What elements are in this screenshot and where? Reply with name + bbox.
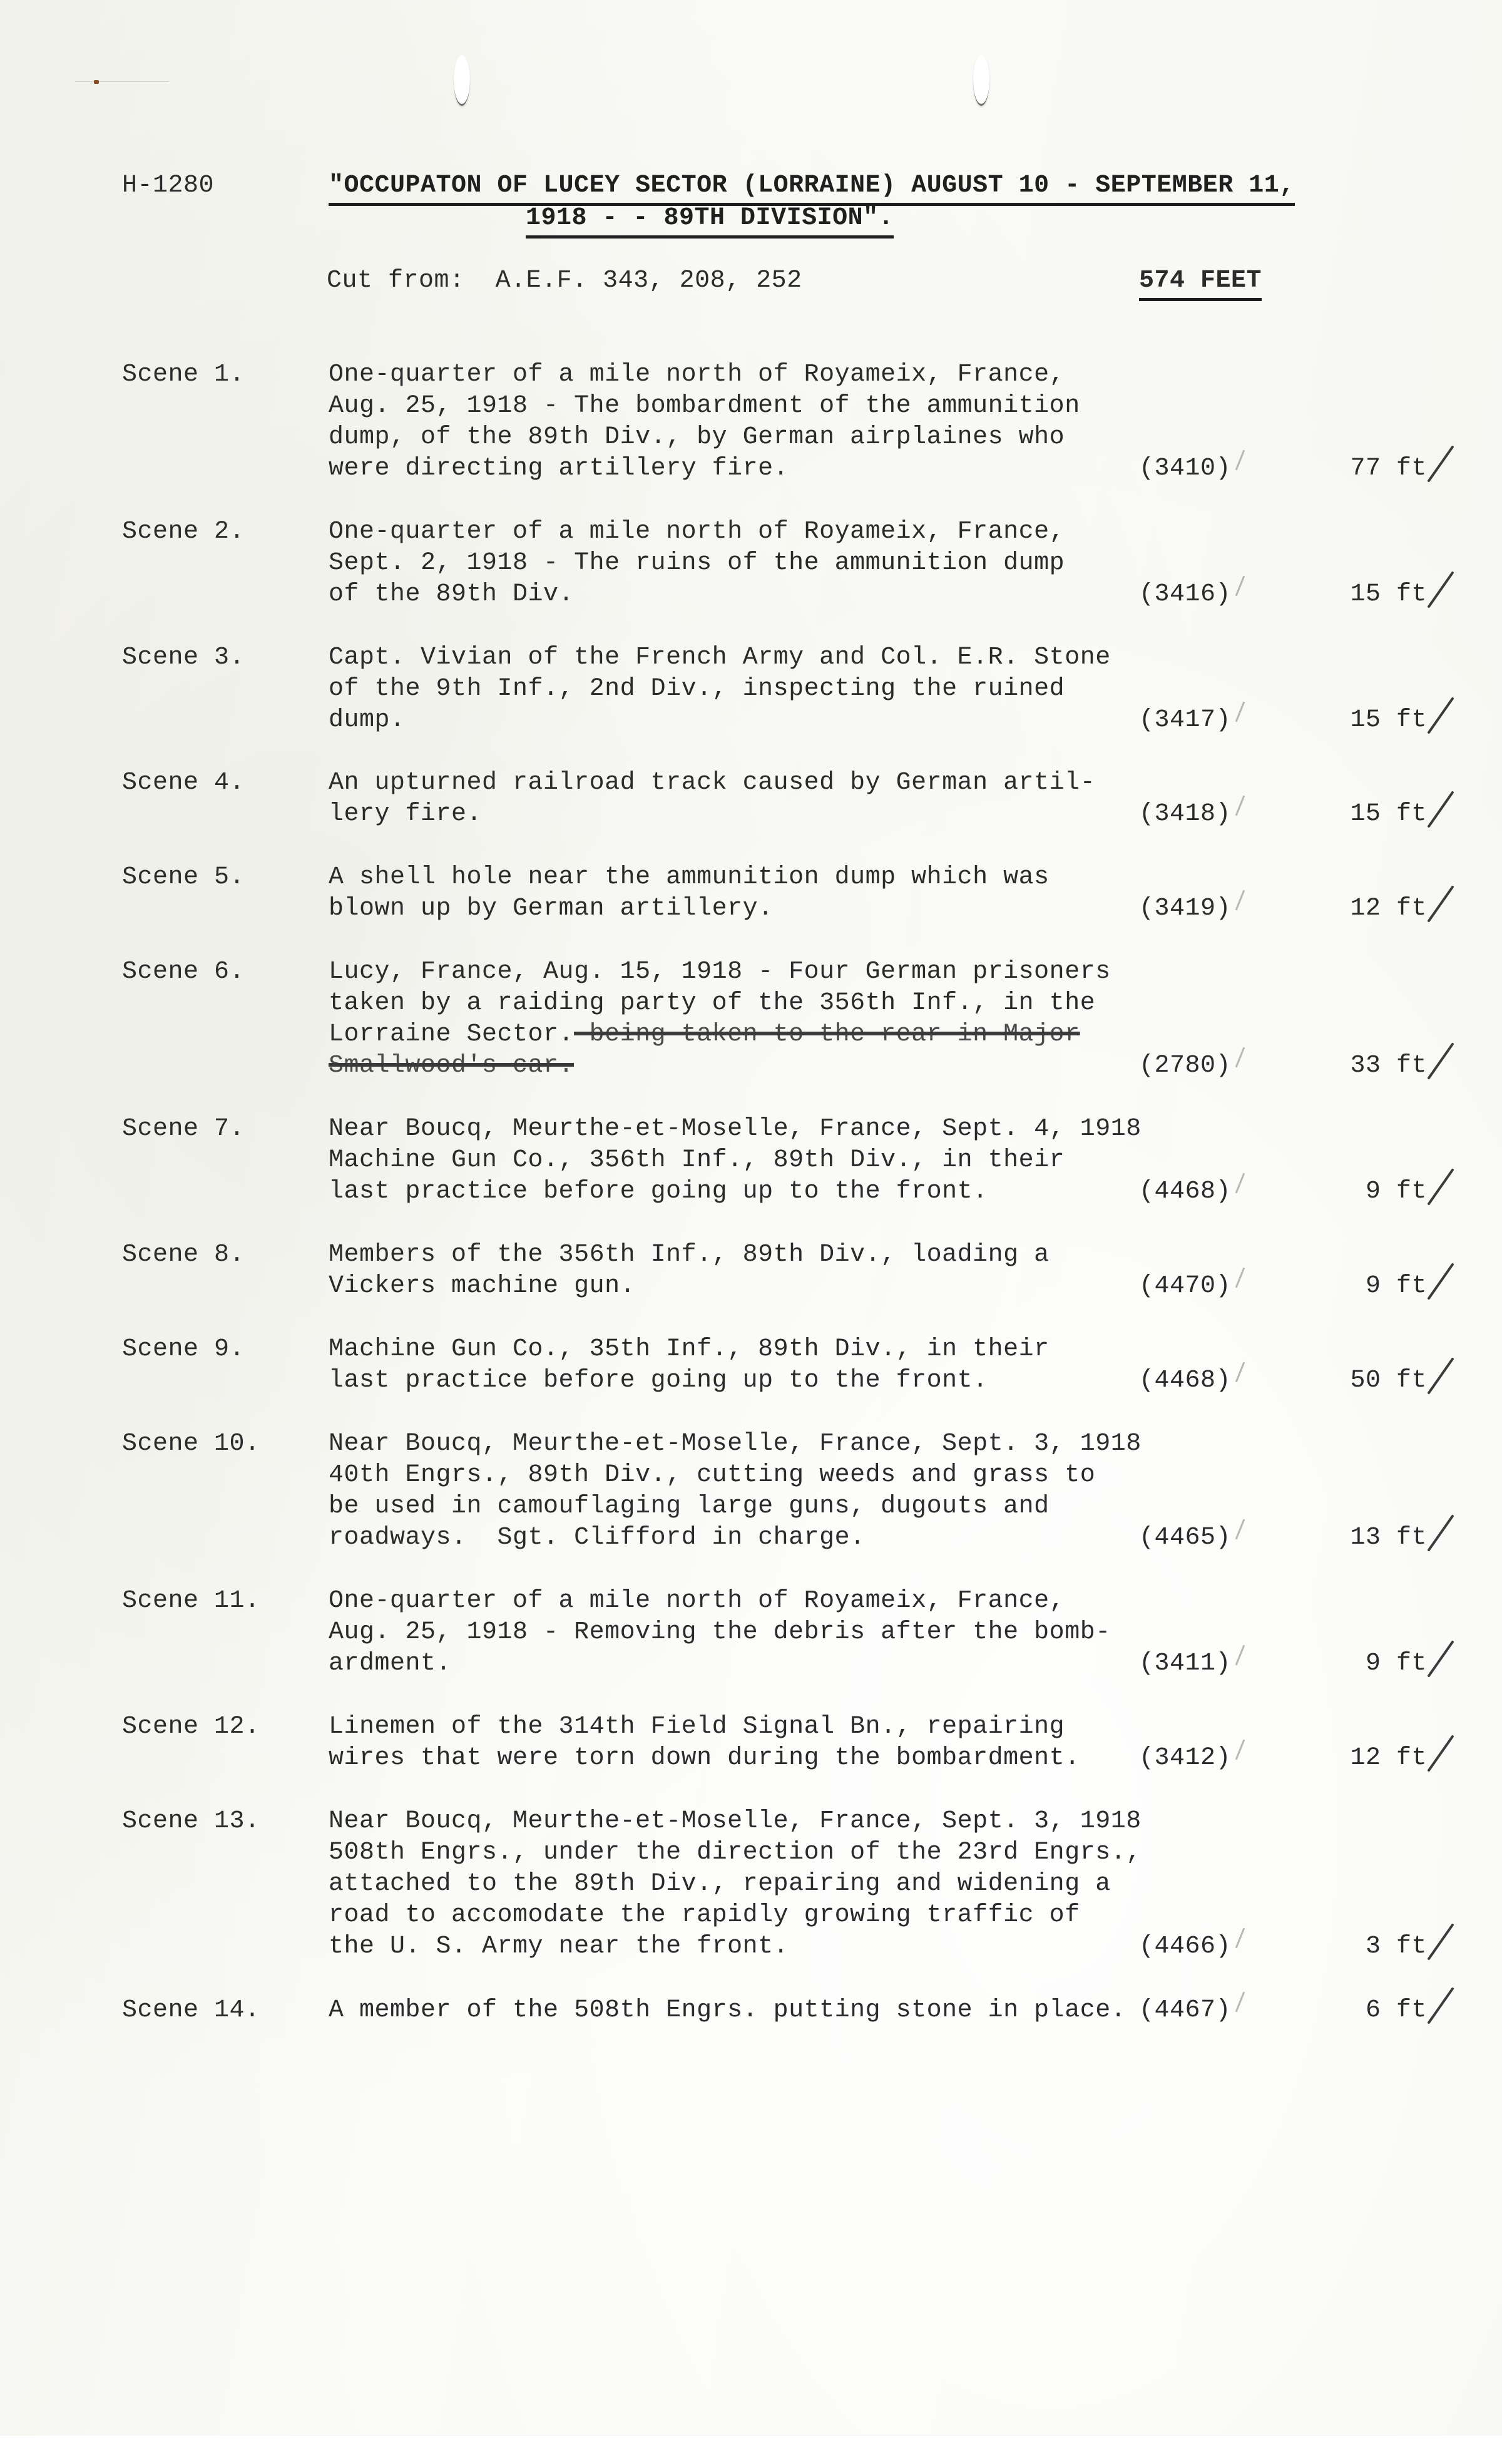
scene-label: Scene 3. bbox=[122, 642, 245, 674]
description-line: One-quarter of a mile north of Royameix,… bbox=[329, 516, 1065, 548]
footage-length: 12 ft bbox=[1327, 893, 1427, 925]
reel-number: (4468) bbox=[1139, 1365, 1231, 1397]
reel-number: (4466) bbox=[1139, 1931, 1231, 1962]
reel-number: (4465) bbox=[1139, 1522, 1231, 1554]
scene-label: Scene 11. bbox=[122, 1586, 260, 1617]
description-line: last practice before going up to the fro… bbox=[329, 1365, 1050, 1397]
description-line: attached to the 89th Div., repairing and… bbox=[329, 1869, 1142, 1900]
scene-description: Lucy, France, Aug. 15, 1918 - Four Germa… bbox=[329, 957, 1111, 1082]
footage-length: 77 ft bbox=[1327, 453, 1427, 485]
document-title-line-1: "OCCUPATON OF LUCEY SECTOR (LORRAINE) AU… bbox=[329, 170, 1295, 206]
footage-length: 50 ft bbox=[1327, 1365, 1427, 1397]
footage-length: 3 ft bbox=[1327, 1931, 1427, 1962]
reel-number: (3418) bbox=[1139, 799, 1231, 830]
reel-number: (2780) bbox=[1139, 1050, 1231, 1082]
description-line: An upturned railroad track caused by Ger… bbox=[329, 767, 1095, 799]
footage-length: 33 ft bbox=[1327, 1050, 1427, 1082]
reel-number: (4468) bbox=[1139, 1176, 1231, 1208]
scene-label: Scene 8. bbox=[122, 1239, 245, 1271]
scene-label: Scene 10. bbox=[122, 1429, 260, 1460]
description-line: Aug. 25, 1918 - The bombardment of the a… bbox=[329, 391, 1080, 422]
scene-label: Scene 14. bbox=[122, 1995, 260, 2026]
scene-description: A member of the 508th Engrs. putting sto… bbox=[329, 1995, 1126, 2026]
scene-label: Scene 1. bbox=[122, 359, 245, 391]
description-line: were directing artillery fire. bbox=[329, 453, 1080, 485]
scene-label: Scene 4. bbox=[122, 767, 245, 799]
footage-length: 9 ft bbox=[1327, 1271, 1427, 1302]
description-line: Machine Gun Co., 35th Inf., 89th Div., i… bbox=[329, 1334, 1050, 1365]
scene-description: Near Boucq, Meurthe-et-Moselle, France, … bbox=[329, 1429, 1142, 1554]
scene-label: Scene 13. bbox=[122, 1806, 260, 1837]
description-line: A member of the 508th Engrs. putting sto… bbox=[329, 1995, 1126, 2026]
footage-length: 12 ft bbox=[1327, 1743, 1427, 1774]
description-line: blown up by German artillery. bbox=[329, 893, 1050, 925]
scene-description: Linemen of the 314th Field Signal Bn., r… bbox=[329, 1711, 1080, 1774]
footage-length: 15 ft bbox=[1327, 799, 1427, 830]
description-line: One-quarter of a mile north of Royameix,… bbox=[329, 1586, 1111, 1617]
description-line: Near Boucq, Meurthe-et-Moselle, France, … bbox=[329, 1429, 1142, 1460]
struck-through-text: being taken to the rear in Major bbox=[574, 1020, 1080, 1049]
description-line: ardment. bbox=[329, 1648, 1111, 1680]
description-line: 508th Engrs., under the direction of the… bbox=[329, 1837, 1142, 1869]
description-line: Capt. Vivian of the French Army and Col.… bbox=[329, 642, 1111, 674]
reel-number: (3411) bbox=[1139, 1648, 1231, 1680]
reel-number: (4467) bbox=[1139, 1995, 1231, 2026]
description-line: Lucy, France, Aug. 15, 1918 - Four Germa… bbox=[329, 957, 1111, 988]
document-title-line-2: 1918 - - 89TH DIVISION". bbox=[526, 203, 894, 239]
footage-length: 13 ft bbox=[1327, 1522, 1427, 1554]
paper-stain-mark bbox=[75, 80, 169, 84]
description-line: lery fire. bbox=[329, 799, 1095, 830]
description-line: Aug. 25, 1918 - Removing the debris afte… bbox=[329, 1617, 1111, 1648]
scan-edge-right bbox=[1502, 0, 1512, 2447]
reel-number: (3416) bbox=[1139, 579, 1231, 610]
description-line: of the 89th Div. bbox=[329, 579, 1065, 610]
description-line: 40th Engrs., 89th Div., cutting weeds an… bbox=[329, 1460, 1142, 1491]
description-line: Lorraine Sector. being taken to the rear… bbox=[329, 1019, 1111, 1050]
scene-label: Scene 7. bbox=[122, 1114, 245, 1145]
footage-length: 6 ft bbox=[1327, 1995, 1427, 2026]
description-line: dump. bbox=[329, 705, 1111, 736]
footage-length: 15 ft bbox=[1327, 705, 1427, 736]
struck-through-text: Smallwood's car. bbox=[329, 1052, 574, 1080]
punch-hole-left bbox=[454, 55, 470, 106]
scene-description: A shell hole near the ammunition dump wh… bbox=[329, 862, 1050, 925]
scene-label: Scene 5. bbox=[122, 862, 245, 893]
description-line: roadways. Sgt. Clifford in charge. bbox=[329, 1522, 1142, 1554]
description-line: wires that were torn down during the bom… bbox=[329, 1743, 1080, 1774]
reel-number: (4470) bbox=[1139, 1271, 1231, 1302]
description-line: of the 9th Inf., 2nd Div., inspecting th… bbox=[329, 674, 1111, 705]
description-line: taken by a raiding party of the 356th In… bbox=[329, 988, 1111, 1019]
scene-label: Scene 2. bbox=[122, 516, 245, 548]
scene-description: An upturned railroad track caused by Ger… bbox=[329, 767, 1095, 830]
description-line: One-quarter of a mile north of Royameix,… bbox=[329, 359, 1080, 391]
cut-from-line: Cut from: A.E.F. 343, 208, 252 bbox=[327, 265, 802, 297]
cut-from-label: Cut from: bbox=[327, 267, 465, 295]
scene-description: One-quarter of a mile north of Royameix,… bbox=[329, 516, 1065, 610]
scene-label: Scene 12. bbox=[122, 1711, 260, 1743]
footage-length: 15 ft bbox=[1327, 579, 1427, 610]
cut-from-value: A.E.F. 343, 208, 252 bbox=[496, 267, 802, 295]
description-line: last practice before going up to the fro… bbox=[329, 1176, 1142, 1208]
document-id: H-1280 bbox=[122, 170, 214, 202]
description-line: Sept. 2, 1918 - The ruins of the ammunit… bbox=[329, 548, 1065, 579]
scene-description: Near Boucq, Meurthe-et-Moselle, France, … bbox=[329, 1806, 1142, 1962]
description-line: Linemen of the 314th Field Signal Bn., r… bbox=[329, 1711, 1080, 1743]
scene-description: Near Boucq, Meurthe-et-Moselle, France, … bbox=[329, 1114, 1142, 1208]
description-line: dump, of the 89th Div., by German airpla… bbox=[329, 422, 1080, 453]
description-line: Members of the 356th Inf., 89th Div., lo… bbox=[329, 1239, 1050, 1271]
scene-description: One-quarter of a mile north of Royameix,… bbox=[329, 359, 1080, 485]
description-line: Machine Gun Co., 356th Inf., 89th Div., … bbox=[329, 1145, 1142, 1176]
reel-number: (3419) bbox=[1139, 893, 1231, 925]
footage-length: 9 ft bbox=[1327, 1176, 1427, 1208]
scan-edge-bottom bbox=[0, 2436, 1512, 2447]
reel-number: (3412) bbox=[1139, 1743, 1231, 1774]
reel-number: (3410) bbox=[1139, 453, 1231, 485]
description-line: Near Boucq, Meurthe-et-Moselle, France, … bbox=[329, 1806, 1142, 1837]
scene-description: Members of the 356th Inf., 89th Div., lo… bbox=[329, 1239, 1050, 1302]
description-line: Vickers machine gun. bbox=[329, 1271, 1050, 1302]
description-line: the U. S. Army near the front. bbox=[329, 1931, 1142, 1962]
description-line: road to accomodate the rapidly growing t… bbox=[329, 1900, 1142, 1931]
scene-label: Scene 9. bbox=[122, 1334, 245, 1365]
scene-description: Machine Gun Co., 35th Inf., 89th Div., i… bbox=[329, 1334, 1050, 1397]
total-footage: 574 FEET bbox=[1139, 265, 1262, 301]
description-line: be used in camouflaging large guns, dugo… bbox=[329, 1491, 1142, 1522]
scene-label: Scene 6. bbox=[122, 957, 245, 988]
scene-description: One-quarter of a mile north of Royameix,… bbox=[329, 1586, 1111, 1680]
scene-description: Capt. Vivian of the French Army and Col.… bbox=[329, 642, 1111, 736]
description-line: Smallwood's car. bbox=[329, 1050, 1111, 1082]
description-line: A shell hole near the ammunition dump wh… bbox=[329, 862, 1050, 893]
description-line: Near Boucq, Meurthe-et-Moselle, France, … bbox=[329, 1114, 1142, 1145]
punch-hole-right bbox=[973, 55, 989, 106]
reel-number: (3417) bbox=[1139, 705, 1231, 736]
footage-length: 9 ft bbox=[1327, 1648, 1427, 1680]
